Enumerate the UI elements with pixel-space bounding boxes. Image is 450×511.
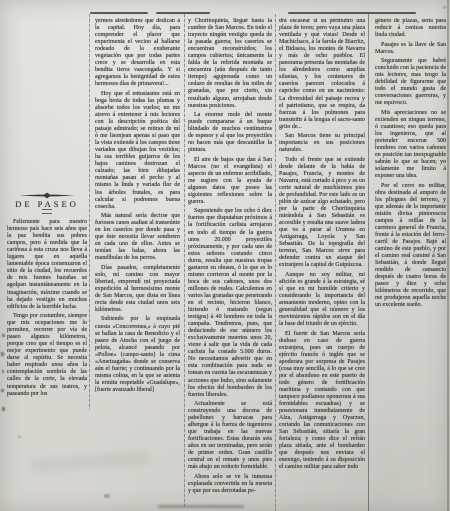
header-rule xyxy=(90,12,148,14)
paper-streak xyxy=(30,451,151,473)
article-paragraph: Más natural sería decirse que furiosos c… xyxy=(95,213,180,262)
header-rule xyxy=(156,12,210,14)
paper-speck xyxy=(1,352,4,356)
newspaper-column-end: género de plazas, sería para reducir á c… xyxy=(375,18,446,310)
newspaper-column: yermos alrededores que dedican á la capi… xyxy=(95,18,180,414)
newspaper-column-intro: DE PASEO Felizmente para nuestro hermoso… xyxy=(7,192,87,412)
heading-subrule xyxy=(42,209,52,214)
paper-speck xyxy=(1,389,4,392)
column-rule xyxy=(89,14,90,410)
article-paragraph: La enorme mole del monte puede comparars… xyxy=(188,112,272,154)
paper-speck xyxy=(2,407,5,411)
article-paragraph: Felizmente para nuestro hermoso país hac… xyxy=(7,219,87,311)
column-rule xyxy=(275,14,276,511)
article-paragraph: Tengo por costumbre, siempre que mis ocu… xyxy=(7,313,87,398)
paper-smudge xyxy=(158,505,244,508)
article-paragraph: El aire de bajos que dan á San Marcos (n… xyxy=(188,157,272,206)
newspaper-column: drá escasear si su perímetro una plaza d… xyxy=(279,18,365,511)
paper-speck xyxy=(18,436,21,438)
article-paragraph: Ahora solo se ve la inmensa explanada co… xyxy=(188,474,272,495)
article-paragraph: Hoy que el entusiasmo está en boga brota… xyxy=(95,91,180,211)
paper-speck xyxy=(104,494,110,498)
section-heading: DE PASEO xyxy=(7,201,87,208)
article-paragraph: género de plazas, sería para reducir á c… xyxy=(375,18,446,39)
ornament-divider-icon xyxy=(18,192,76,199)
paper-speck xyxy=(2,334,5,337)
article-paragraph: Suponiendo que los ocho ó diez fuertes q… xyxy=(188,208,272,398)
header-rule xyxy=(288,12,416,14)
article-paragraph: Seguramente que habré concluido con la p… xyxy=(375,58,446,107)
paper-speck xyxy=(443,6,446,9)
newspaper-column: y Choritoquieta, llegué hasta la cumbre … xyxy=(188,18,272,507)
article-paragraph: yermos alrededores que dedican á la capi… xyxy=(95,18,180,88)
article-paragraph: El fuerte de San Marcos sería dudoso en … xyxy=(279,331,365,472)
article-paragraph: San Marcos tiene su principal importanci… xyxy=(279,133,365,154)
article-paragraph: Mis apreciaciones no se extienden en nin… xyxy=(375,110,446,180)
article-paragraph: Por el cerro no militar, obra destinada … xyxy=(375,183,446,310)
article-paragraph: y Choritoquieta, llegué hasta la cumbre … xyxy=(188,18,272,110)
article-paragraph: Pasajes es la llave de San Marcos. xyxy=(375,42,446,56)
column-rule xyxy=(184,14,185,506)
column-rule xyxy=(368,14,369,511)
article-paragraph: Días pasados, completamente solo, mi cam… xyxy=(95,265,180,314)
article-paragraph: Todo el frente que se extiende desde del… xyxy=(279,157,365,270)
newspaper-page: DE PASEO Felizmente para nuestro hermoso… xyxy=(0,0,450,511)
paper-speck xyxy=(2,370,4,373)
article-paragraph: Actualmente se está construyendo una doc… xyxy=(188,401,272,471)
article-paragraph: Subiendo por la empinada cuesta «Concorr… xyxy=(95,316,180,394)
article-paragraph: Aunque no soy militar, mi afición es gra… xyxy=(279,272,365,328)
scan-edge-line xyxy=(447,0,449,511)
article-paragraph: drá escasear si su perímetro una plaza d… xyxy=(279,18,365,131)
